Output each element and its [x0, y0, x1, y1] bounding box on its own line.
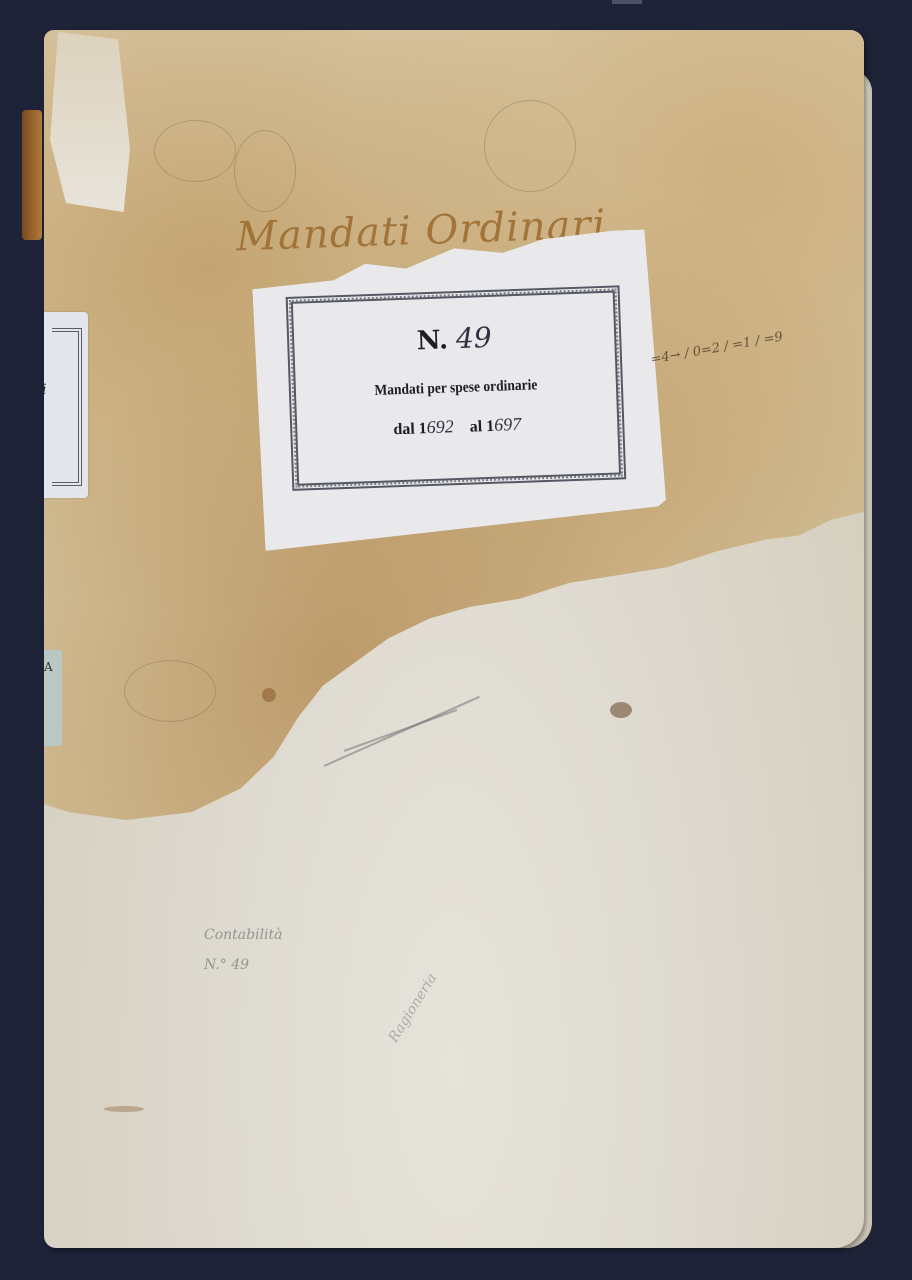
side-label-border: [52, 328, 82, 486]
range-from: 692: [426, 416, 454, 437]
pencil-stroke: [324, 696, 480, 767]
faded-flourish: [484, 100, 576, 192]
number-prefix: N.: [416, 325, 448, 356]
label-description: Mandati per spese ordinarie: [312, 375, 600, 402]
range-from-prefix: dal 1: [393, 420, 427, 438]
torn-corner-flap: [50, 32, 130, 212]
stain: [104, 1106, 144, 1112]
spine-side-label: i: [44, 312, 88, 498]
spine-tag: A: [44, 650, 62, 746]
pencil-stroke: [344, 709, 457, 751]
range-to: 697: [494, 414, 522, 435]
stain: [610, 702, 632, 718]
pencil-note-line1: Contabilità: [204, 920, 283, 950]
leather-spine-fragment: [22, 110, 42, 240]
pencil-note: Contabilità N.° 49: [204, 920, 283, 980]
side-label-text: i: [44, 382, 46, 398]
diagonal-pencil-note: Ragioneria: [386, 971, 441, 1046]
number-value: 49: [455, 321, 492, 355]
label-date-range: dal 1692 al 1697: [297, 411, 618, 443]
pencil-note-line2: N.° 49: [204, 950, 283, 980]
folder-cover: Mandati Ordinarj N.49 Mandati per spese …: [44, 30, 864, 1248]
faded-flourish: [234, 130, 296, 212]
range-to-prefix: al 1: [469, 418, 494, 436]
spine-tag-text: A: [44, 660, 53, 674]
label-ornamental-border: N.49 Mandati per spese ordinarie dal 169…: [286, 285, 627, 491]
stain: [262, 688, 276, 702]
faded-flourish: [124, 660, 216, 722]
label-number: N.49: [294, 317, 615, 361]
background-mark: [612, 0, 642, 4]
faded-flourish: [154, 120, 236, 182]
